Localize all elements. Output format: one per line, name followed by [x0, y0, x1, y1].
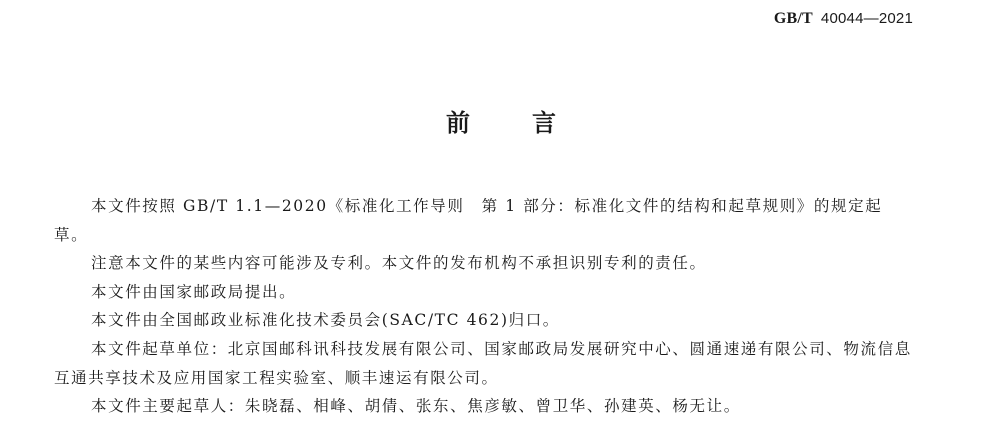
standard-number: 40044—2021 [821, 10, 913, 27]
paragraph-proposer: 本文件由国家邮政局提出。 [54, 278, 916, 307]
paragraph-patent-notice: 注意本文件的某些内容可能涉及专利。本文件的发布机构不承担识别专利的责任。 [54, 249, 916, 278]
paragraph-main-drafters: 本文件主要起草人：朱晓磊、相峰、胡倩、张东、焦彦敏、曾卫华、孙建英、杨无让。 [54, 392, 916, 421]
paragraph-drafting-rules: 本文件按照 GB/T 1.1—2020《标准化工作导则 第 1 部分：标准化文件… [54, 192, 916, 249]
paragraph-technical-committee: 本文件由全国邮政业标准化技术委员会(SAC/TC 462)归口。 [54, 306, 916, 335]
page-title: 前言 [0, 103, 1002, 138]
paragraph-drafting-organizations: 本文件起草单位：北京国邮科讯科技发展有限公司、国家邮政局发展研究中心、圆通速递有… [54, 335, 916, 392]
title-char-1: 前 [446, 103, 470, 138]
standard-number-header: GB/T40044—2021 [774, 9, 913, 28]
foreword-body: 本文件按照 GB/T 1.1—2020《标准化工作导则 第 1 部分：标准化文件… [54, 192, 916, 421]
title-char-2: 言 [532, 103, 556, 138]
standard-prefix: GB/T [774, 10, 813, 27]
